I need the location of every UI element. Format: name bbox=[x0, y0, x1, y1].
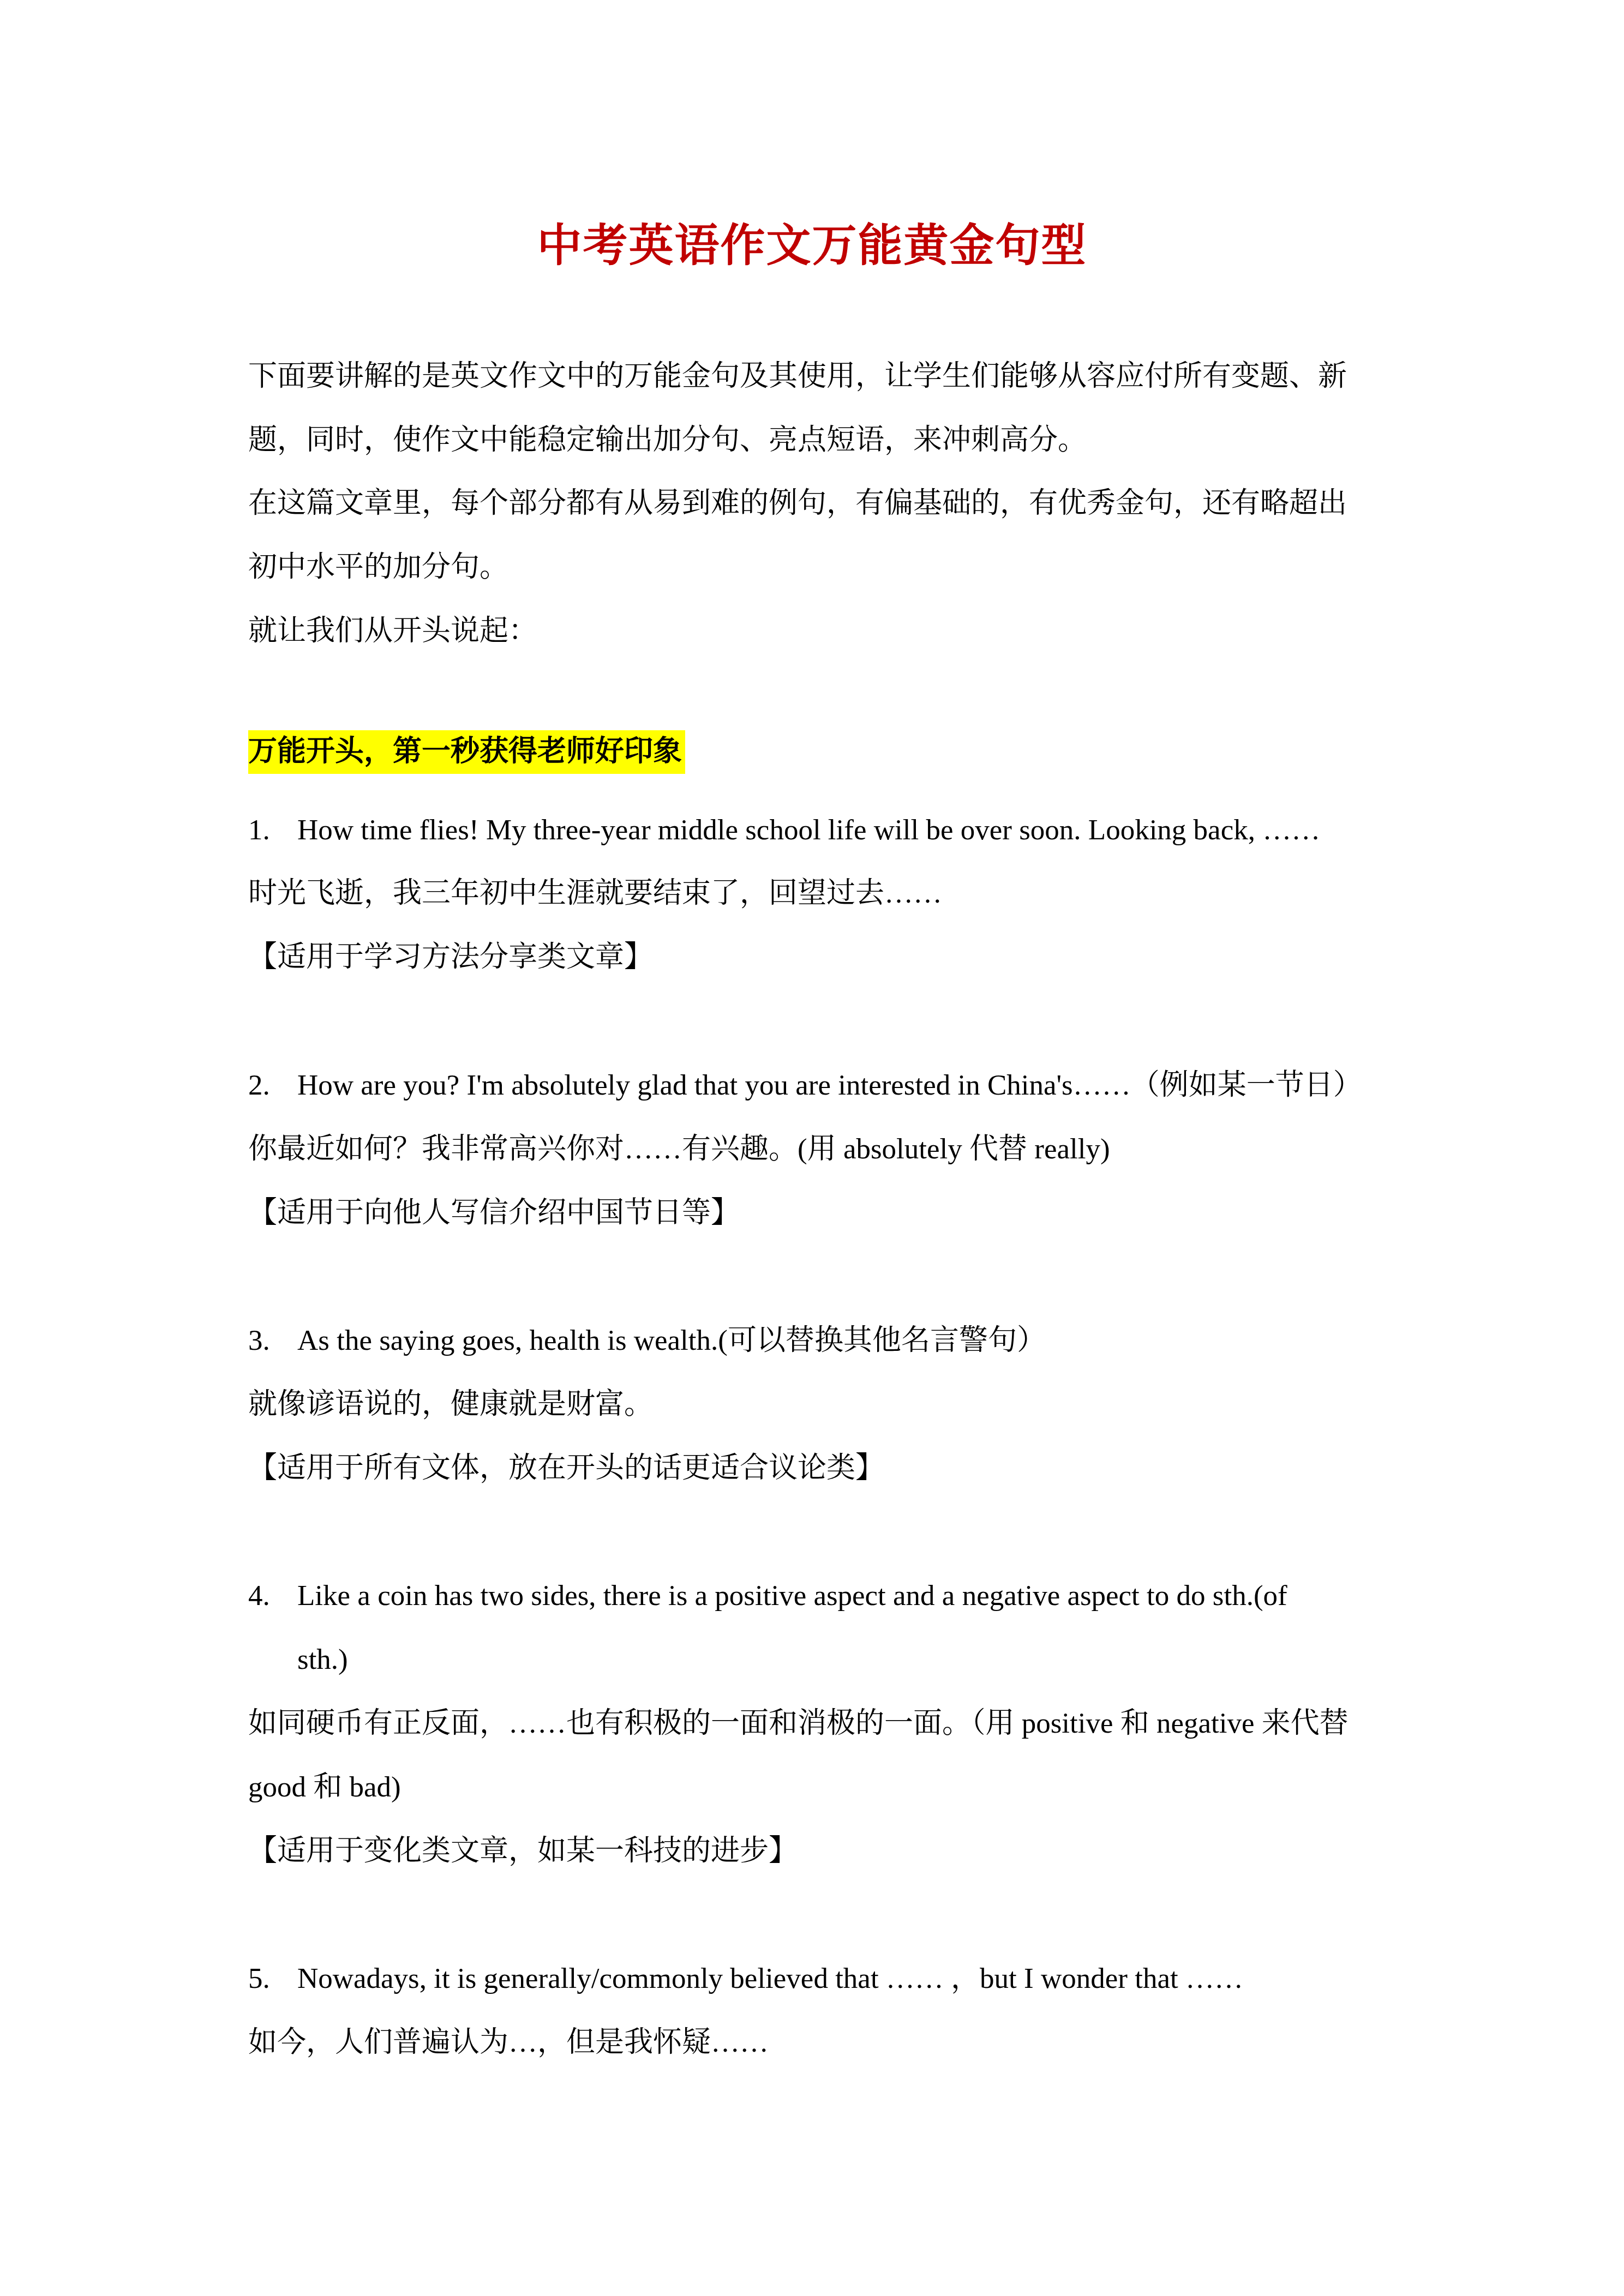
item-number: 2. bbox=[248, 1066, 297, 1104]
document-page: 中考英语作文万能黄金句型 下面要讲解的是英文作文中的万能金句及其使用，让学生们能… bbox=[0, 0, 1624, 2296]
intro-line: 下面要讲解的是英文作文中的万能金句及其使用，让学生们能够从容应付所有变题、新 bbox=[248, 357, 1347, 395]
item-number: 1. bbox=[248, 811, 297, 849]
item-usage: 【适用于变化类文章，如某一科技的进步】 bbox=[248, 1832, 798, 1870]
item-english: 5.Nowadays, it is generally/commonly bel… bbox=[248, 1960, 1243, 1998]
intro-line: 在这篇文章里，每个部分都有从易到难的例句，有偏基础的，有优秀金句，还有略超出 bbox=[248, 484, 1347, 522]
intro-line: 初中水平的加分句。 bbox=[248, 548, 508, 586]
item-english-cont: sth.) bbox=[297, 1640, 348, 1679]
item-usage: 【适用于向他人写信介绍中国节日等】 bbox=[248, 1194, 740, 1232]
item-english-text: Like a coin has two sides, there is a po… bbox=[297, 1580, 1287, 1612]
section-heading: 万能开头，第一秒获得老师好印象 bbox=[248, 730, 685, 774]
intro-line: 题，同时，使作文中能稳定输出加分句、亮点短语，来冲刺高分。 bbox=[248, 421, 1087, 459]
document-title: 中考英语作文万能黄金句型 bbox=[0, 210, 1624, 274]
item-chinese: 就像谚语说的，健康就是财富。 bbox=[248, 1385, 653, 1423]
item-english-text: As the saying goes, health is wealth.(可以… bbox=[297, 1325, 1046, 1356]
item-english-text: How are you? I'm absolutely glad that yo… bbox=[297, 1069, 1362, 1101]
intro-line: 就让我们从开头说起： bbox=[248, 612, 537, 650]
item-number: 3. bbox=[248, 1321, 297, 1360]
section-heading-wrap: 万能开头，第一秒获得老师好印象 bbox=[248, 732, 685, 771]
item-english: 3.As the saying goes, health is wealth.(… bbox=[248, 1321, 1046, 1360]
item-chinese-cont: good 和 bad) bbox=[248, 1768, 401, 1806]
item-chinese: 时光飞逝，我三年初中生涯就要结束了，回望过去…… bbox=[248, 874, 942, 912]
item-chinese: 如同硬币有正反面，……也有积极的一面和消极的一面。（用 positive 和 n… bbox=[248, 1704, 1349, 1742]
item-chinese: 你最近如何？我非常高兴你对……有兴趣。(用 absolutely 代替 real… bbox=[248, 1130, 1110, 1168]
item-usage: 【适用于学习方法分享类文章】 bbox=[248, 938, 653, 976]
item-chinese: 如今，人们普遍认为…，但是我怀疑…… bbox=[248, 2023, 769, 2061]
item-english: 1.How time flies! My three-year middle s… bbox=[248, 811, 1320, 849]
item-english: 2.How are you? I'm absolutely glad that … bbox=[248, 1066, 1362, 1104]
item-english: 4.Like a coin has two sides, there is a … bbox=[248, 1577, 1287, 1615]
item-english-text: How time flies! My three-year middle sch… bbox=[297, 814, 1320, 846]
item-number: 5. bbox=[248, 1960, 297, 1998]
item-number: 4. bbox=[248, 1577, 297, 1615]
item-usage: 【适用于所有文体，放在开头的话更适合议论类】 bbox=[248, 1449, 884, 1487]
item-english-text: Nowadays, it is generally/commonly belie… bbox=[297, 1963, 1243, 1994]
